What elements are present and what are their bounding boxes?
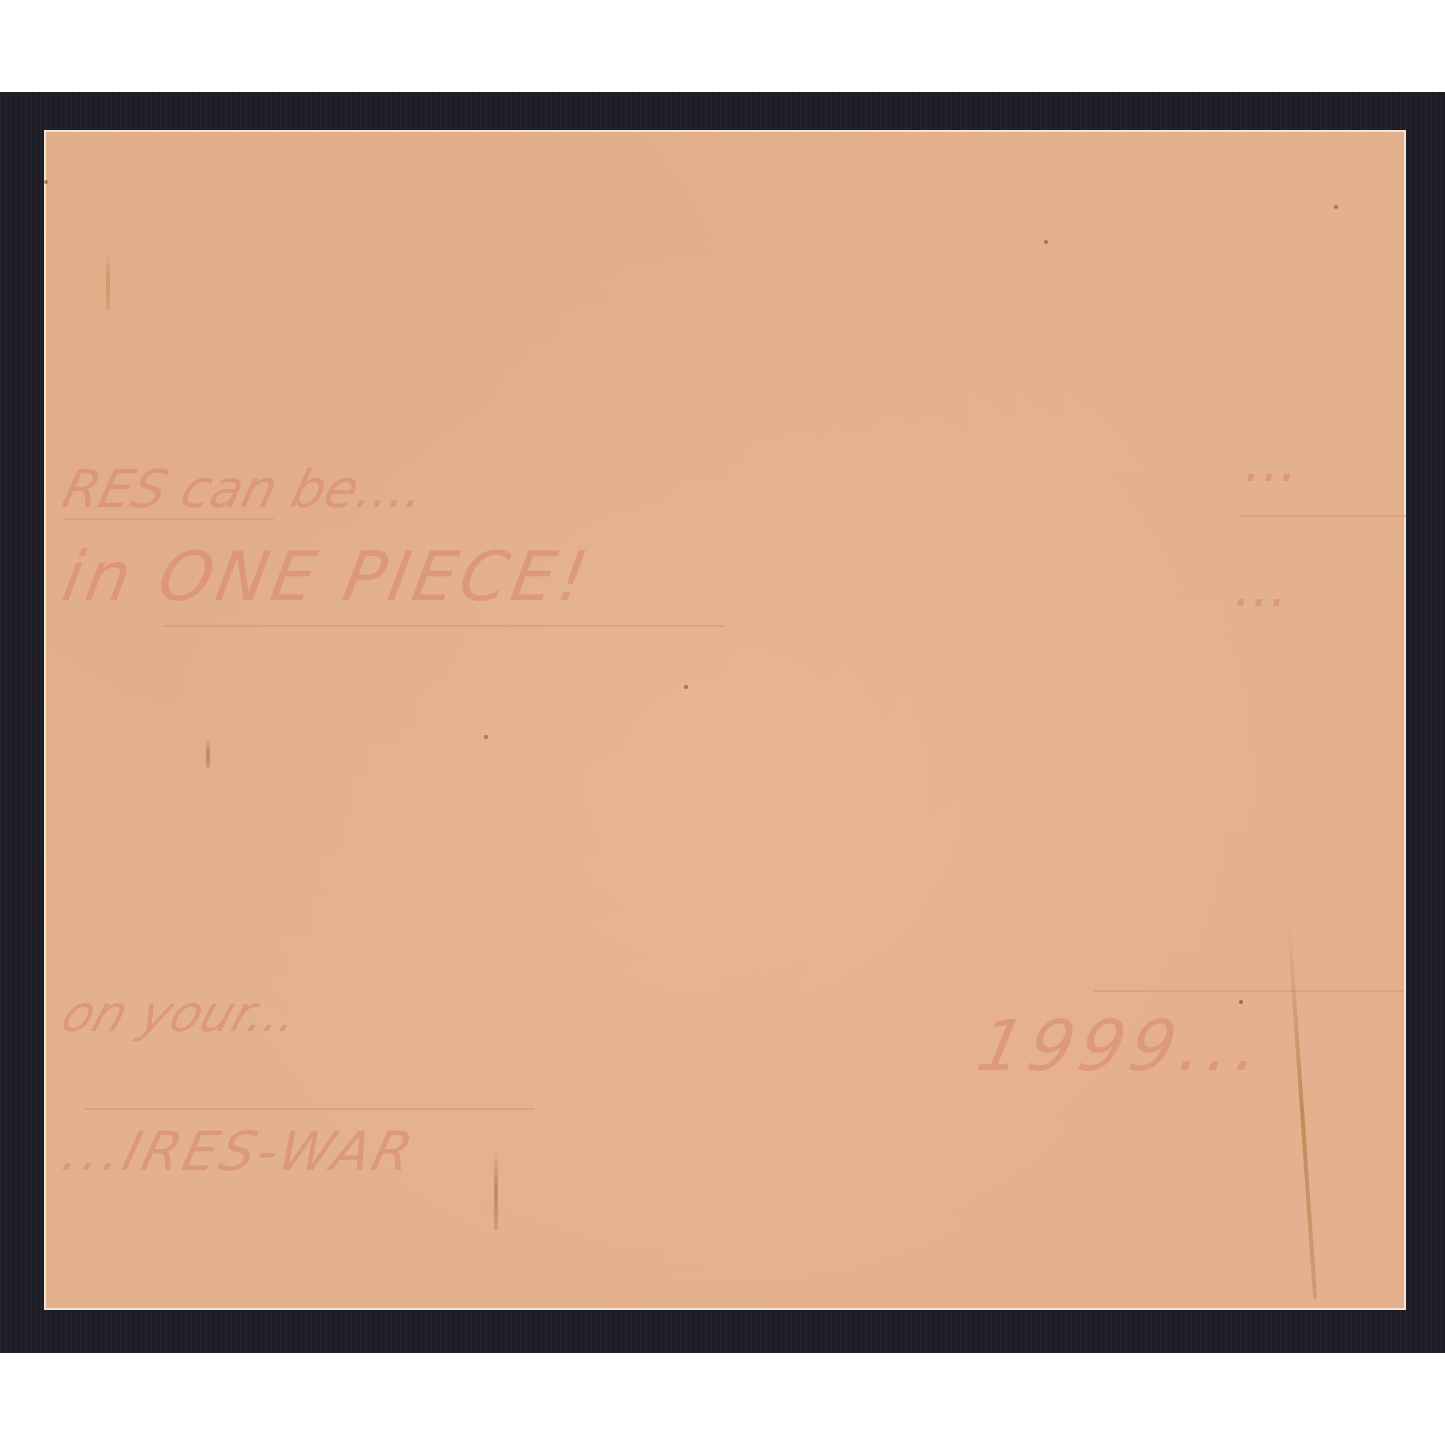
crease-stain: [494, 1150, 498, 1230]
speck: [44, 180, 48, 184]
crease-stain: [106, 250, 110, 310]
crease-stain: [206, 738, 210, 768]
show-through-text-line4-left: ...IRES-WAR: [56, 1120, 422, 1183]
underline-rule: [1239, 515, 1406, 517]
show-through-text-line3-right: 1999...: [970, 1005, 1274, 1087]
speck: [1044, 240, 1048, 244]
speck: [684, 685, 688, 689]
speck: [1239, 1000, 1243, 1004]
underline-rule: [64, 518, 274, 520]
crease-stain: [1287, 920, 1317, 1299]
speck: [484, 735, 488, 739]
show-through-text-line3-left: on your...: [55, 985, 308, 1043]
underline-rule: [84, 1108, 534, 1110]
show-through-text-line2-left: in ONE PIECE!: [57, 538, 597, 617]
show-through-text-line2-right: ...: [1234, 555, 1287, 620]
underline-rule: [164, 625, 724, 627]
paper-fragment: RES can be.... in ONE PIECE! ... ... on …: [44, 130, 1406, 1310]
underline-rule: [1094, 990, 1404, 992]
show-through-text-line1-left: RES can be....: [57, 460, 432, 520]
show-through-text-line1-right: ...: [1244, 430, 1297, 495]
speck: [1334, 205, 1338, 209]
